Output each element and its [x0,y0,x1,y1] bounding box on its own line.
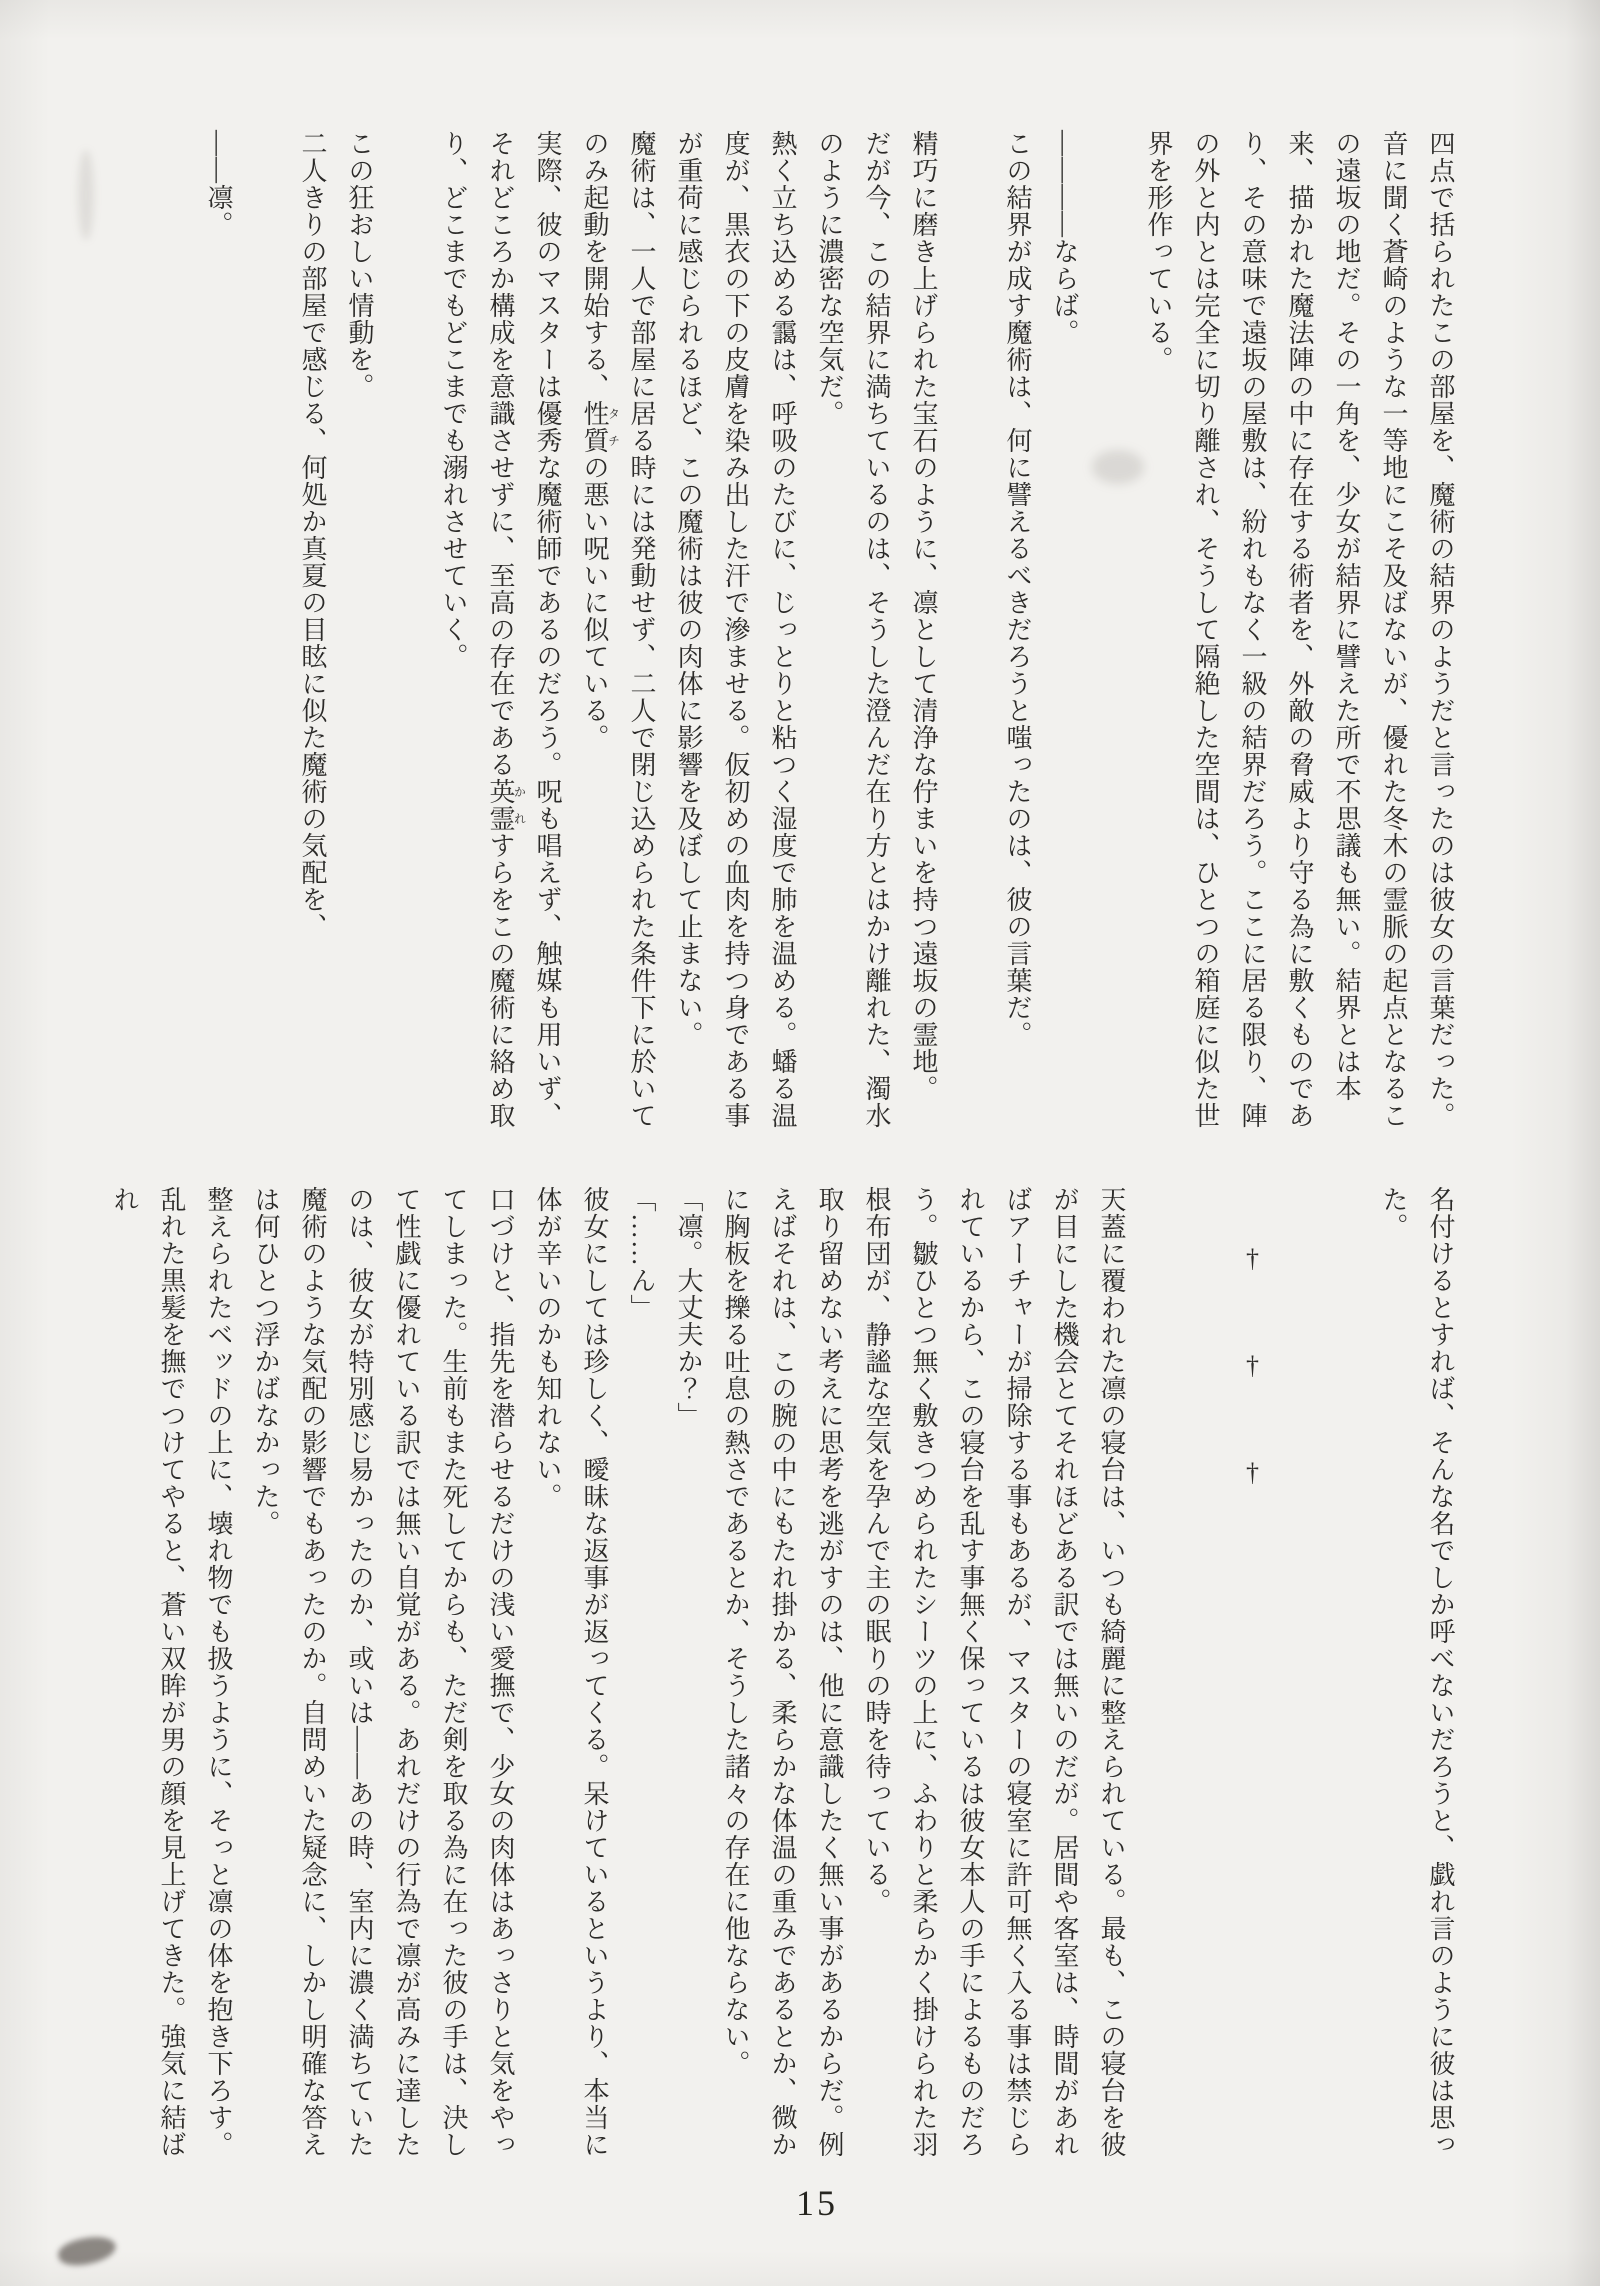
scanned-novel-page: { "page": { "number": "15", "paper_color… [0,0,1600,2286]
paragraph: 二人きりの部屋で感じる、何処か真夏の目眩に似た魔術の気配を、 [289,130,336,1134]
paragraph: ――凛。 [195,130,242,1134]
paragraph: 「……ん」 [618,1186,665,2164]
paragraph: 魔術は、一人で部屋に居る時には発動せず、二人で閉じ込められた条件下に於いてのみ起… [571,130,665,1134]
scan-smudge [56,2232,118,2269]
paragraph: この狂おしい情動を。 [336,130,383,1134]
paragraph: この結界が成す魔術は、何に譬えるべきだろうと嗤ったのは、彼の言葉だ。 [994,130,1041,1134]
bottom-text-block: 名付けるとすれば、そんな名でしか呼べないだろうと、戯れ言のように彼は思った。† … [101,1186,1464,2164]
page-number: 15 [796,2182,838,2224]
paragraph: 熱く立ち込める靄は、呼吸のたびに、じっとりと粘つく湿度で肺を温める。蟠る温度が、… [665,130,806,1134]
paragraph: 精巧に磨き上げられた宝石のように、凛として清浄な佇まいを持つ遠坂の霊地。 [900,130,947,1134]
paragraph: 「凛。大丈夫か？」 [665,1186,712,2164]
paragraph: 四点で括られたこの部屋を、魔術の結界のようだと言ったのは彼女の言葉だった。音に聞… [1135,130,1464,1134]
paragraph: ――――ならば。 [1041,130,1088,1134]
scan-smudge [78,150,94,240]
ruby-annotated-word: 性質タチ [580,400,609,454]
ruby-annotated-word: 英霊かれ [486,778,515,832]
section-separator: † † † [1229,1186,1276,2164]
paragraph: だが今、この結界に満ちているのは、そうした澄んだ在り方とはかけ離れた、濁水のよう… [806,130,900,1134]
top-text-block: 四点で括られたこの部屋を、魔術の結界のようだと言ったのは彼女の言葉だった。音に聞… [195,130,1464,1134]
paragraph: 取り留めない考えに思考を逃がすのは、他に意識したく無い事があるからだ。例えばそれ… [712,1186,853,2164]
paragraph: 口づけと、指先を潜らせるだけの浅い愛撫で、少女の肉体はあっさりと気をやってしまっ… [242,1186,524,2164]
paragraph: 実際、彼のマスターは優秀な魔術師であるのだろう。呪も唱えず、触媒も用いず、それど… [430,130,571,1134]
paragraph: 天蓋に覆われた凛の寝台は、いつも綺麗に整えられている。最も、この寝台を彼が目にし… [853,1186,1135,2164]
paragraph: 彼女にしては珍しく、曖昧な返事が返ってくる。呆けているというより、本当に体が辛い… [524,1186,618,2164]
paragraph: 整えられたベッドの上に、壊れ物でも扱うように、そっと凛の体を抱き下ろす。 [195,1186,242,2164]
paragraph: 乱れた黒髪を撫でつけてやると、蒼い双眸が男の顔を見上げてきた。強気に結ばれ [101,1186,195,2164]
paragraph: 名付けるとすれば、そんな名でしか呼べないだろうと、戯れ言のように彼は思った。 [1370,1186,1464,2164]
